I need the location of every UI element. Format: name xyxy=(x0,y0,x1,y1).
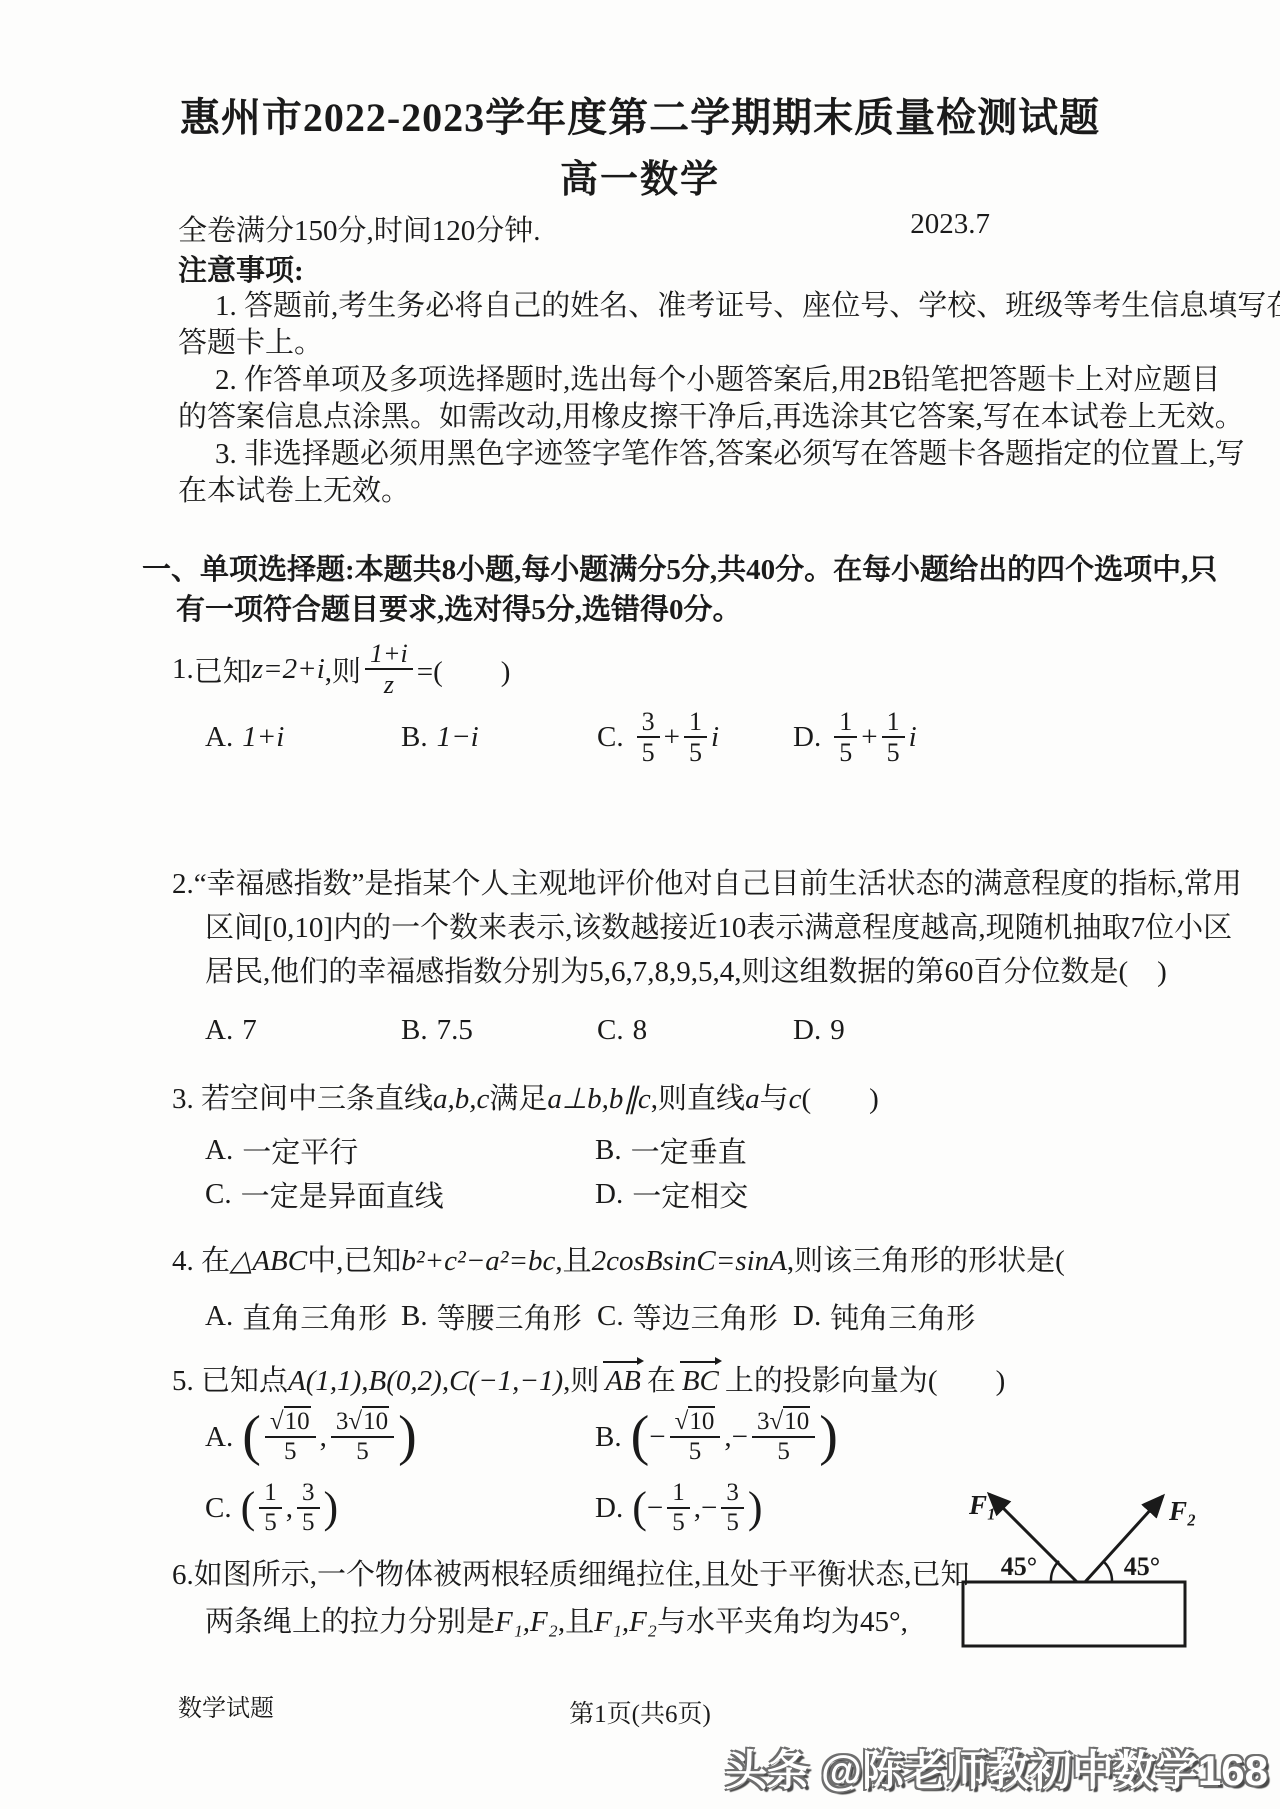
question-3-text: ,则直线 xyxy=(651,1083,745,1115)
open-paren: ( xyxy=(632,1488,647,1528)
fraction-denominator: 5 xyxy=(882,738,905,767)
radicand: 10 xyxy=(783,1406,810,1435)
fraction-numerator: √10 xyxy=(670,1408,721,1438)
minus-sign: − xyxy=(647,1492,663,1525)
section-1-heading-line-2: 有一项符合题目要求,选对得5分,选错得0分。 xyxy=(142,590,1152,630)
option-2c-label: C. xyxy=(597,1014,624,1047)
option-2d-label: D. xyxy=(793,1014,821,1047)
question-6-text: 与水平夹角均为45°, xyxy=(657,1606,908,1638)
question-5-options-row-1: A. ( √10 5 , 3√10 5 ) B. ( − √10 5 , − xyxy=(205,1402,838,1472)
question-1-given: z=2+i xyxy=(252,653,325,686)
question-4-text: 中,已知 xyxy=(307,1245,401,1277)
question-1-text-mid: ,则 xyxy=(325,649,361,690)
notice-1-line-1: 1. 答题前,考生务必将自己的姓名、准考证号、座位号、学校、班级等考生信息填写在 xyxy=(178,288,1123,325)
option-4d-value: 钝角三角形 xyxy=(830,1296,975,1337)
fraction-numerator: 3√10 xyxy=(752,1408,815,1438)
option-1b: B. 1−i xyxy=(401,721,597,754)
exam-title: 惠州市2022-2023学年度第二学期期末质量检测试题 xyxy=(0,86,1280,143)
question-3-text: 若空间中三条直线 xyxy=(201,1083,433,1115)
option-3d: D. 一定相交 xyxy=(595,1174,748,1215)
option-4c: C. 等边三角形 xyxy=(597,1296,793,1337)
notice-2-line-1: 2. 作答单项及多项选择题时,选出每个小题答案后,用2B铅笔把答题卡上对应题目 xyxy=(178,362,1123,399)
minus-sign: − xyxy=(649,1421,665,1454)
option-5a: A. ( √10 5 , 3√10 5 ) xyxy=(205,1408,595,1466)
option-1c-label: C. xyxy=(597,721,624,754)
option-2b-value: 7.5 xyxy=(437,1014,473,1047)
option-3b-label: B. xyxy=(595,1134,622,1167)
imaginary-unit: i xyxy=(711,721,719,754)
option-2a: A. 7 xyxy=(205,1014,401,1047)
watermark: 头条 @陈老师教初中数学168 xyxy=(725,1738,1268,1798)
question-2-line-2: 区间[0,10]内的一个数来表示,该数越接近10表示满意程度越高,现随机抽取7位… xyxy=(172,906,1132,950)
fraction-numerator: 1 xyxy=(667,1479,690,1509)
option-1c: C. 3 5 + 1 5 i xyxy=(597,707,793,767)
fraction-numerator: √10 xyxy=(265,1408,316,1438)
option-3c: C. 一定是异面直线 xyxy=(205,1174,595,1215)
question-5-text: ,则 xyxy=(563,1365,599,1397)
fraction-numerator: 1 xyxy=(882,707,905,738)
question-1-blank: =( ) xyxy=(417,649,511,690)
question-3-text: 与 xyxy=(760,1083,789,1115)
option-1d: D. 1 5 + 1 5 i xyxy=(793,707,917,767)
question-5-blank: 上的投影向量为( ) xyxy=(725,1365,1005,1397)
force-f2-label: F₂ xyxy=(1168,1496,1196,1526)
option-4d: D. 钝角三角形 xyxy=(793,1296,975,1337)
option-2d-value: 9 xyxy=(830,1014,845,1047)
math-abc: a,b,c xyxy=(433,1083,489,1115)
question-4-options: A. 直角三角形 B. 等腰三角形 C. 等边三角形 D. 钝角三角形 xyxy=(205,1298,975,1334)
radical-sign: √ xyxy=(675,1408,689,1435)
question-4-stem: 4. 在△ABC中,已知b²+c²−a²=bc,且2cosBsinC=sinA,… xyxy=(172,1238,1065,1279)
force-diagram: F₁ F₂ 45° 45° xyxy=(935,1462,1235,1662)
close-paren: ) xyxy=(398,1413,417,1461)
fraction: 1 5 xyxy=(834,707,857,767)
option-4c-label: C. xyxy=(597,1300,624,1333)
radical-sign: √ xyxy=(270,1408,284,1435)
angle-right-label: 45° xyxy=(1124,1552,1160,1581)
option-4c-value: 等边三角形 xyxy=(633,1296,778,1337)
fraction-denominator: 5 xyxy=(670,1438,721,1466)
question-4-number: 4. xyxy=(172,1245,194,1277)
angle-arc-left xyxy=(1051,1561,1059,1582)
option-2a-value: 7 xyxy=(242,1014,257,1047)
option-3b-value: 一定垂直 xyxy=(631,1130,747,1171)
math-identity: b²+c²−a²=bc xyxy=(401,1245,555,1277)
force-f1-label: F₁ xyxy=(968,1490,996,1520)
question-5-number: 5. xyxy=(172,1365,194,1397)
radicand: 10 xyxy=(362,1406,389,1435)
comma: , xyxy=(694,1492,701,1525)
math-a: a xyxy=(745,1083,760,1115)
angle-left-label: 45° xyxy=(1001,1552,1037,1581)
fraction: 3 5 xyxy=(637,707,660,767)
fraction-denominator: 5 xyxy=(259,1509,282,1537)
fraction-numerator: 1+i xyxy=(365,639,413,670)
exam-subtitle: 高一数学 xyxy=(0,148,1280,203)
option-5d-label: D. xyxy=(595,1492,623,1525)
option-4a: A. 直角三角形 xyxy=(205,1296,401,1337)
fraction-denominator: 5 xyxy=(834,738,857,767)
comma: , xyxy=(320,1421,327,1454)
question-1-stem: 1. 已知 z=2+i ,则 1+i z =( ) xyxy=(172,630,510,708)
option-1b-label: B. xyxy=(401,721,428,754)
comma: , xyxy=(724,1421,731,1454)
math-forces: F₁,F₂ xyxy=(495,1606,558,1638)
option-1d-label: D. xyxy=(793,721,821,754)
fraction-denominator: 5 xyxy=(684,738,707,767)
option-3b: B. 一定垂直 xyxy=(595,1130,747,1171)
vector-ab: AB xyxy=(603,1365,642,1398)
question-4-text: 在 xyxy=(201,1245,230,1277)
fraction: √10 5 xyxy=(670,1408,721,1466)
fraction: 3√10 5 xyxy=(752,1408,815,1466)
minus-sign: − xyxy=(701,1492,717,1525)
exam-meta-row: 全卷满分150分,时间120分钟. 2023.7 xyxy=(178,208,990,249)
fraction-denominator: z xyxy=(365,670,413,699)
radical-sign: √ xyxy=(348,1408,362,1435)
imaginary-unit: i xyxy=(909,721,917,754)
option-2c: C. 8 xyxy=(597,1014,793,1047)
option-2a-label: A. xyxy=(205,1014,233,1047)
radical-sign: √ xyxy=(769,1408,783,1435)
option-5d: D. ( − 1 5 , − 3 5 ) xyxy=(595,1479,762,1537)
open-paren: ( xyxy=(242,1413,261,1461)
option-3a-value: 一定平行 xyxy=(242,1130,358,1171)
notice-1-line-2: 答题卡上。 xyxy=(178,325,1123,362)
option-4a-value: 直角三角形 xyxy=(242,1296,387,1337)
fraction: 1 5 xyxy=(259,1479,282,1537)
question-2-options: A. 7 B. 7.5 C. 8 D. 9 xyxy=(205,1012,845,1048)
open-paren: ( xyxy=(631,1413,650,1461)
fraction-numerator: 3 xyxy=(637,707,660,738)
fraction-denominator: 5 xyxy=(331,1438,394,1466)
coefficient: 3 xyxy=(757,1408,770,1435)
vector-bc: BC xyxy=(680,1365,721,1398)
math-points: A(1,1),B(0,2),C(−1,−1) xyxy=(288,1365,563,1397)
fraction-numerator: 1 xyxy=(834,707,857,738)
question-5-options-row-2: C. ( 1 5 , 3 5 ) D. ( − 1 5 , − 3 xyxy=(205,1476,762,1540)
object-box xyxy=(963,1582,1185,1646)
option-1b-value: 1−i xyxy=(437,721,479,754)
footer-page-number: 第1页(共6页) xyxy=(0,1694,1280,1730)
close-paren: ) xyxy=(819,1413,838,1461)
fraction: 3 5 xyxy=(297,1479,320,1537)
question-6-stem: 6.如图所示,一个物体被两根轻质细绳拉住,且处于平衡状态,已知 两条绳上的拉力分… xyxy=(172,1552,982,1646)
radicand: 10 xyxy=(284,1406,311,1435)
option-4b-value: 等腰三角形 xyxy=(437,1296,582,1337)
option-5c-label: C. xyxy=(205,1492,232,1525)
open-paren: ( xyxy=(241,1488,256,1528)
question-1-options: A. 1+i B. 1−i C. 3 5 + 1 5 i D. 1 5 xyxy=(205,706,917,768)
fraction-denominator: 5 xyxy=(297,1509,320,1537)
radicand: 10 xyxy=(688,1406,715,1435)
option-2c-value: 8 xyxy=(633,1014,648,1047)
math-triangle-abc: △ABC xyxy=(230,1245,307,1277)
fraction-numerator: 3 xyxy=(721,1479,744,1509)
question-4-blank: ,则该三角形的形状是( xyxy=(787,1245,1065,1277)
math-trig: 2cosBsinC=sinA xyxy=(592,1245,787,1277)
option-3c-label: C. xyxy=(205,1178,232,1211)
question-5-text: 已知点 xyxy=(201,1365,288,1397)
exam-date: 2023.7 xyxy=(910,208,990,249)
math-relations: a⊥b,b∥c xyxy=(547,1083,650,1115)
notice-3-line-1: 3. 非选择题必须用黑色字迹签字笔作答,答案必须写在答题卡各题指定的位置上,写 xyxy=(178,436,1123,473)
option-2b: B. 7.5 xyxy=(401,1014,597,1047)
question-5-stem: 5. 已知点A(1,1),B(0,2),C(−1,−1),则AB在BC上的投影向… xyxy=(172,1358,1005,1399)
fraction-denominator: 5 xyxy=(637,738,660,767)
question-3-options-row-2: C. 一定是异面直线 D. 一定相交 xyxy=(205,1176,748,1212)
question-6-line-1: 6.如图所示,一个物体被两根轻质细绳拉住,且处于平衡状态,已知 xyxy=(172,1552,982,1599)
option-3a: A. 一定平行 xyxy=(205,1130,595,1171)
fraction: 1 5 xyxy=(684,707,707,767)
option-3c-value: 一定是异面直线 xyxy=(241,1174,444,1215)
option-2b-label: B. xyxy=(401,1014,428,1047)
question-4-text: ,且 xyxy=(555,1245,591,1277)
fraction-denominator: 5 xyxy=(721,1509,744,1537)
fraction: 1 5 xyxy=(882,707,905,767)
option-5a-label: A. xyxy=(205,1421,233,1454)
option-2d: D. 9 xyxy=(793,1014,845,1047)
plus-sign: + xyxy=(664,721,680,754)
section-1-heading: 一、单项选择题:本题共8小题,每小题满分5分,共40分。在每小题给出的四个选项中… xyxy=(142,550,1152,630)
option-3a-label: A. xyxy=(205,1134,233,1167)
exam-paper-page: 惠州市2022-2023学年度第二学期期末质量检测试题 高一数学 全卷满分150… xyxy=(0,0,1280,1809)
notice-2-line-2: 的答案信息点涂黑。如需改动,用橡皮擦干净后,再选涂其它答案,写在本试卷上无效。 xyxy=(178,399,1123,436)
option-5b-label: B. xyxy=(595,1421,622,1454)
option-1a-label: A. xyxy=(205,721,233,754)
fraction-denominator: 5 xyxy=(752,1438,815,1466)
fraction-numerator: 1 xyxy=(684,707,707,738)
angle-arc-right xyxy=(1104,1562,1112,1582)
question-2-line-1: 2.“幸福感指数”是指某个人主观地评价他对自己目前生活状态的满意程度的指标,常用 xyxy=(172,862,1132,906)
option-3d-label: D. xyxy=(595,1178,623,1211)
question-3-options-row-1: A. 一定平行 B. 一定垂直 xyxy=(205,1132,747,1168)
question-5-text: 在 xyxy=(647,1365,676,1397)
math-forces: F₁,F₂ xyxy=(594,1606,657,1638)
close-paren: ) xyxy=(748,1488,763,1528)
question-3-blank: ( ) xyxy=(801,1083,878,1115)
fraction: 3 5 xyxy=(721,1479,744,1537)
question-2-stem: 2.“幸福感指数”是指某个人主观地评价他对自己目前生活状态的满意程度的指标,常用… xyxy=(172,862,1132,994)
question-2-line-3: 居民,他们的幸福感指数分别为5,6,7,8,9,5,4,则这组数据的第60百分位… xyxy=(172,950,1132,994)
fraction-numerator: 1 xyxy=(259,1479,282,1509)
question-6-text: 两条绳上的拉力分别是 xyxy=(205,1606,495,1638)
option-5b: B. ( − √10 5 , − 3√10 5 ) xyxy=(595,1408,838,1466)
option-1a-value: 1+i xyxy=(242,721,284,754)
fraction: 3√10 5 xyxy=(331,1408,394,1466)
question-6-line-2: 两条绳上的拉力分别是F₁,F₂,且F₁,F₂与水平夹角均为45°, xyxy=(172,1599,982,1646)
option-3d-value: 一定相交 xyxy=(632,1174,748,1215)
question-3-stem: 3. 若空间中三条直线a,b,c满足a⊥b,b∥c,则直线a与c( ) xyxy=(172,1076,879,1117)
fraction: √10 5 xyxy=(265,1408,316,1466)
section-1-heading-line-1: 一、单项选择题:本题共8小题,每小题满分5分,共40分。在每小题给出的四个选项中… xyxy=(142,550,1152,590)
fraction-denominator: 5 xyxy=(667,1509,690,1537)
fraction: 1 5 xyxy=(667,1479,690,1537)
comma: , xyxy=(286,1492,293,1525)
question-6-text: ,且 xyxy=(558,1606,594,1638)
math-c: c xyxy=(789,1083,802,1115)
question-1-text: 已知 xyxy=(194,649,252,690)
option-4b: B. 等腰三角形 xyxy=(401,1296,597,1337)
option-4a-label: A. xyxy=(205,1300,233,1333)
option-4b-label: B. xyxy=(401,1300,428,1333)
question-3-text: 满足 xyxy=(489,1083,547,1115)
option-5c: C. ( 1 5 , 3 5 ) xyxy=(205,1479,595,1537)
exam-score-duration: 全卷满分150分,时间120分钟. xyxy=(178,208,541,249)
close-paren: ) xyxy=(324,1488,339,1528)
notice-3-line-2: 在本试卷上无效。 xyxy=(178,473,1123,510)
plus-sign: + xyxy=(861,721,877,754)
fraction-numerator: 3 xyxy=(297,1479,320,1509)
coefficient: 3 xyxy=(336,1408,349,1435)
minus-sign: − xyxy=(732,1421,748,1454)
fraction-numerator: 3√10 xyxy=(331,1408,394,1438)
question-3-number: 3. xyxy=(172,1083,194,1115)
notice-section: 注意事项: 1. 答题前,考生务必将自己的姓名、准考证号、座位号、学校、班级等考… xyxy=(178,248,1123,510)
fraction-denominator: 5 xyxy=(265,1438,316,1466)
fraction: 1+i z xyxy=(365,639,413,699)
question-1-number: 1. xyxy=(172,653,194,686)
option-4d-label: D. xyxy=(793,1300,821,1333)
option-1a: A. 1+i xyxy=(205,721,401,754)
notice-heading: 注意事项: xyxy=(178,248,1123,288)
